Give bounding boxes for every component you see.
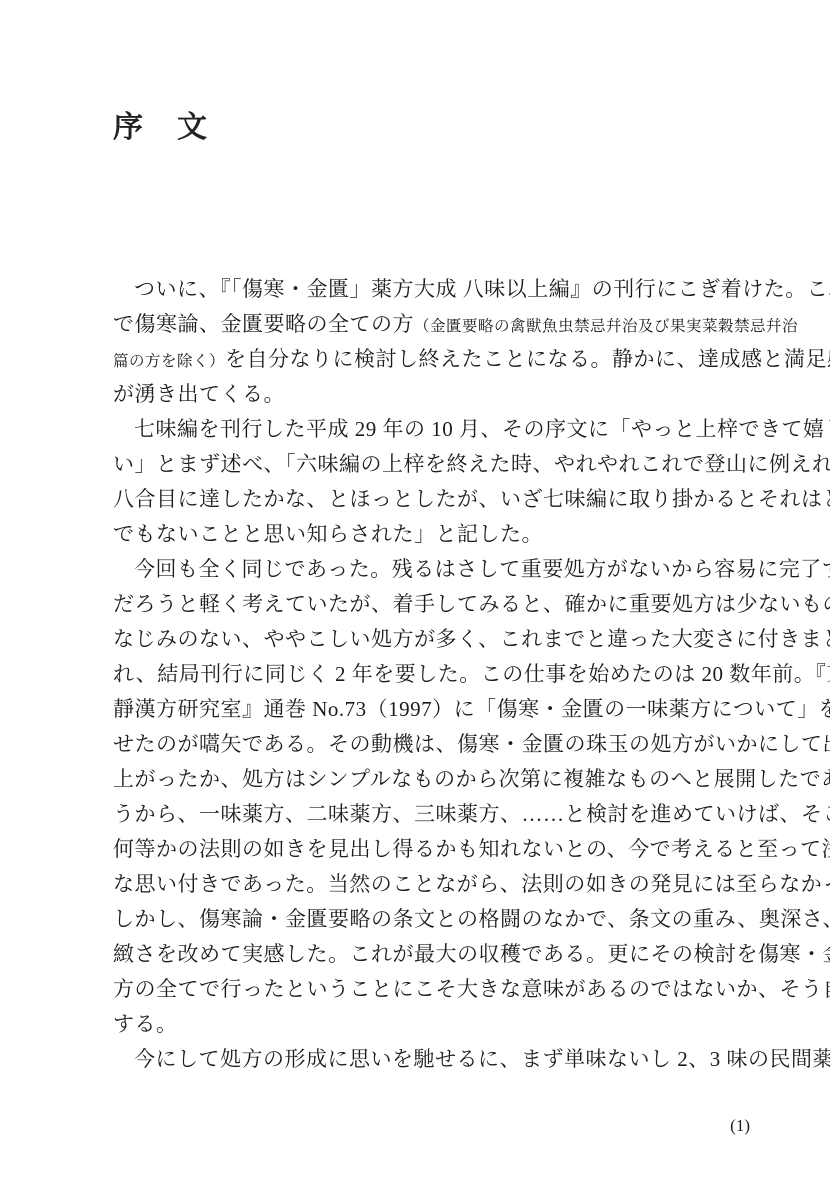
document-page: 序 文 ついに、『「傷寒・金匱」薬方大成 八味以上編』の刊行にこぎ着けた。これ …: [0, 0, 830, 1178]
text-segment: な思い付きであった。当然のことながら、法則の如きの発見には至らなかった。: [113, 872, 830, 896]
text-line: しかし、傷寒論・金匱要略の条文との格闘のなかで、条文の重み、奥深さ、精: [113, 902, 725, 937]
text-line: なじみのない、ややこしい処方が多く、これまでと違った大変さに付きまとわ: [113, 622, 725, 657]
text-segment: ついに、『「傷寒・金匱」薬方大成 八味以上編』の刊行にこぎ着けた。これ: [134, 277, 830, 301]
text-segment-small: （金匱要略の禽獣魚虫禁忌幷治及び果実菜穀禁忌幷治: [414, 318, 798, 335]
text-segment: 靜漢方研究室』通巻 No.73（1997）に「傷寒・金匱の一味薬方について」を載: [113, 697, 830, 721]
text-line: で傷寒論、金匱要略の全ての方（金匱要略の禽獣魚虫禁忌幷治及び果実菜穀禁忌幷治: [113, 307, 725, 342]
text-line: 方の全てで行ったということにこそ大きな意味があるのではないか、そう自得: [113, 972, 725, 1007]
text-segment: い」とまず述べ、「六味編の上梓を終えた時、やれやれこれで登山に例えれば: [113, 452, 830, 476]
text-line: 緻さを改めて実感した。これが最大の収穫である。更にその検討を傷寒・金匱: [113, 937, 725, 972]
text-line: 上がったか、処方はシンプルなものから次第に複雑なものへと展開したであろ: [113, 762, 725, 797]
text-line: 靜漢方研究室』通巻 No.73（1997）に「傷寒・金匱の一味薬方について」を載: [113, 692, 725, 727]
body-text: ついに、『「傷寒・金匱」薬方大成 八味以上編』の刊行にこぎ着けた。これ で傷寒論…: [113, 272, 725, 1077]
page-number: (1): [730, 1116, 750, 1136]
text-line: 七味編を刊行した平成 29 年の 10 月、その序文に「やっと上梓できて嬉し: [113, 412, 725, 447]
text-segment: 何等かの法則の如きを見出し得るかも知れないとの、今で考えると至って浅薄: [113, 837, 830, 861]
text-segment: しかし、傷寒論・金匱要略の条文との格闘のなかで、条文の重み、奥深さ、精: [113, 907, 830, 931]
text-segment: でもないことと思い知らされた」と記した。: [113, 522, 543, 546]
text-segment: うから、一味薬方、二味薬方、三味薬方、……と検討を進めていけば、そこに: [113, 802, 830, 826]
text-line: 篇の方を除く）を自分なりに検討し終えたことになる。静かに、達成感と満足感: [113, 342, 725, 377]
text-segment: が湧き出てくる。: [113, 382, 285, 406]
text-segment: 緻さを改めて実感した。これが最大の収穫である。更にその検討を傷寒・金匱: [113, 942, 830, 966]
text-segment: 今にして処方の形成に思いを馳せるに、まず単味ないし 2、3 味の民間薬的: [134, 1047, 830, 1071]
text-segment: 七味編を刊行した平成 29 年の 10 月、その序文に「やっと上梓できて嬉し: [134, 417, 830, 441]
text-segment: する。: [113, 1012, 178, 1036]
text-line: だろうと軽く考えていたが、着手してみると、確かに重要処方は少ないものの、: [113, 587, 725, 622]
text-line: 何等かの法則の如きを見出し得るかも知れないとの、今で考えると至って浅薄: [113, 832, 725, 867]
text-line: ついに、『「傷寒・金匱」薬方大成 八味以上編』の刊行にこぎ着けた。これ: [113, 272, 725, 307]
text-segment: 上がったか、処方はシンプルなものから次第に複雑なものへと展開したであろ: [113, 767, 830, 791]
text-line: 八合目に達したかな、とほっとしたが、いざ七味編に取り掛かるとそれはとん: [113, 482, 725, 517]
page-title: 序 文: [113, 102, 209, 146]
text-segment: 八合目に達したかな、とほっとしたが、いざ七味編に取り掛かるとそれはとん: [113, 487, 830, 511]
text-line: 今回も全く同じであった。残るはさして重要処方がないから容易に完了する: [113, 552, 725, 587]
text-line: が湧き出てくる。: [113, 377, 725, 412]
text-line: 今にして処方の形成に思いを馳せるに、まず単味ないし 2、3 味の民間薬的: [113, 1042, 725, 1077]
text-line: な思い付きであった。当然のことながら、法則の如きの発見には至らなかった。: [113, 867, 725, 902]
text-line: れ、結局刊行に同じく 2 年を要した。この仕事を始めたのは 20 数年前。『東: [113, 657, 725, 692]
text-line: でもないことと思い知らされた」と記した。: [113, 517, 725, 552]
text-segment: 方の全てで行ったということにこそ大きな意味があるのではないか、そう自得: [113, 977, 830, 1001]
text-segment: で傷寒論、金匱要略の全ての方: [113, 312, 414, 336]
text-line: い」とまず述べ、「六味編の上梓を終えた時、やれやれこれで登山に例えれば: [113, 447, 725, 482]
text-segment: 今回も全く同じであった。残るはさして重要処方がないから容易に完了する: [134, 557, 830, 581]
text-segment-small: 篇の方を除く）: [113, 353, 225, 370]
text-segment: なじみのない、ややこしい処方が多く、これまでと違った大変さに付きまとわ: [113, 627, 830, 651]
text-segment: れ、結局刊行に同じく 2 年を要した。この仕事を始めたのは 20 数年前。『東: [113, 662, 830, 686]
text-line: せたのが嚆矢である。その動機は、傷寒・金匱の珠玉の処方がいかにして出来: [113, 727, 725, 762]
text-segment: せたのが嚆矢である。その動機は、傷寒・金匱の珠玉の処方がいかにして出来: [113, 732, 830, 756]
text-line: うから、一味薬方、二味薬方、三味薬方、……と検討を進めていけば、そこに: [113, 797, 725, 832]
text-segment: だろうと軽く考えていたが、着手してみると、確かに重要処方は少ないものの、: [113, 592, 830, 616]
text-line: する。: [113, 1007, 725, 1042]
text-segment: を自分なりに検討し終えたことになる。静かに、達成感と満足感: [225, 347, 830, 371]
